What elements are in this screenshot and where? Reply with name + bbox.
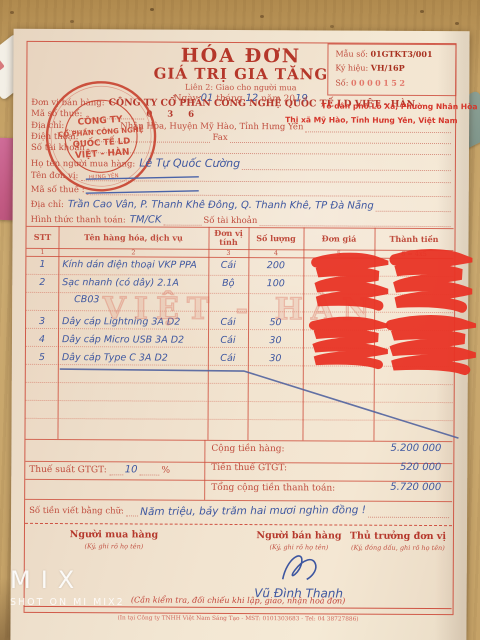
buyer-unit-label: Tên đơn vị: bbox=[31, 171, 79, 181]
form-number-value: 01GTKT3/001 bbox=[370, 49, 432, 59]
photo-scene: HÓA ĐƠN GIÁ TRỊ GIA TĂNG Liên 2: Giao ch… bbox=[0, 0, 480, 640]
item-name: Dây cáp Type C 3A D2 bbox=[62, 352, 168, 364]
buyer-name: Lê Tự Quốc Cường bbox=[139, 156, 240, 170]
dotted-leader bbox=[368, 514, 449, 518]
subtotal-label: Cộng tiền hàng: bbox=[211, 444, 284, 454]
redaction-scribble bbox=[380, 315, 476, 380]
table-header-price: Đơn giá bbox=[303, 227, 374, 249]
item-name: Sạc nhanh (có dây) 2.1A bbox=[62, 277, 179, 289]
director-sign-note: (Ký, đóng dấu, ghi rõ họ tên) bbox=[344, 544, 452, 553]
item-qty: 100 bbox=[248, 278, 303, 289]
director-sign-title: Thủ trưởng đơn vị bbox=[344, 531, 452, 543]
wood-speckles bbox=[150, 8, 154, 11]
tax-label: Tiền thuế GTGT: bbox=[211, 463, 287, 473]
form-number-label: Mẫu số: bbox=[335, 49, 368, 58]
tax-rate-label: Thuế suất GTGT: bbox=[29, 465, 107, 475]
column-number: 2 bbox=[58, 248, 208, 257]
tax-rate-row: Thuế suất GTGT: 10 % bbox=[29, 464, 199, 476]
payment-value: TM/CK bbox=[130, 214, 162, 225]
column-number: 3 bbox=[208, 249, 248, 257]
redaction-scribble bbox=[304, 316, 388, 372]
address-stamp-line-1: Tổ dân phố Lỗ Xá, Phường Nhân Hòa bbox=[321, 101, 477, 111]
invoice-paper: HÓA ĐƠN GIÁ TRỊ GIA TĂNG Liên 2: Giao ch… bbox=[10, 29, 469, 640]
item-name: Dây cáp Micro USB 3A D2 bbox=[62, 334, 184, 346]
buyer-name-row: Họ tên người mua hàng: Lê Tự Quốc Cường bbox=[31, 156, 453, 171]
table-header-amount: Thành tiền bbox=[374, 228, 453, 250]
buyer-sign-title: Người mua hàng bbox=[44, 529, 184, 541]
item-stt: 2 bbox=[26, 277, 58, 288]
camera-watermark-caption: SHOT ON MI MIX2 bbox=[10, 597, 125, 608]
item-stt: 5 bbox=[26, 352, 58, 363]
amount-words-value: Năm triệu, bảy trăm hai mươi nghìn đồng … bbox=[140, 504, 366, 518]
buyer-address-row: Địa chỉ: Trần Cao Vân, P. Thanh Khê Đông… bbox=[31, 199, 453, 212]
table-header-unit: Đơn vị tính bbox=[208, 227, 248, 249]
item-stt: 3 bbox=[26, 316, 58, 327]
table-header-stt: STT bbox=[26, 226, 58, 248]
address-stamp-line-2: Thị xã Mỹ Hào, Tỉnh Hưng Yên, Việt Nam bbox=[285, 115, 457, 125]
subtotal-value: 5.200 000 bbox=[341, 443, 441, 455]
item-qty: 200 bbox=[248, 260, 303, 271]
column-number: 1 bbox=[26, 248, 58, 256]
item-name: Kính dán điện thoại VKP PPA bbox=[62, 259, 196, 271]
item-unit: Cái bbox=[208, 335, 248, 346]
serial-value: VH/16P bbox=[371, 63, 405, 73]
meta-box: Mẫu số: 01GTKT3/001 Ký hiệu: VH/16P Số: … bbox=[327, 43, 456, 96]
fax-label: Fax bbox=[212, 133, 227, 143]
dotted-leader bbox=[305, 128, 451, 133]
form-number-row: Mẫu số: 01GTKT3/001 bbox=[335, 48, 432, 59]
buyer-sign-note: (Ký, ghi rõ họ tên) bbox=[44, 542, 184, 551]
buyer-address: Trần Cao Vân, P. Thanh Khê Đông, Q. Than… bbox=[68, 199, 374, 212]
item-unit: Bộ bbox=[208, 278, 248, 289]
payment-row: Hình thức thanh toán: TM/CK Số tài khoản bbox=[31, 214, 453, 227]
item-stt: 1 bbox=[26, 259, 58, 270]
grand-total-value: 5.720 000 bbox=[341, 482, 441, 494]
stamp-line-1: CÔNG TY bbox=[77, 113, 123, 128]
column-number: 4 bbox=[248, 249, 303, 257]
dotted-leader bbox=[376, 208, 451, 212]
buyer-address-label: Địa chỉ: bbox=[31, 200, 64, 210]
printer-info: (In tại Công ty TNHH Việt Nam Sáng Tạo -… bbox=[25, 615, 452, 623]
table-header-qty: Số lượng bbox=[248, 227, 303, 249]
tax-rate-value: 10 bbox=[125, 464, 138, 475]
buyer-name-label: Họ tên người mua hàng: bbox=[31, 159, 135, 170]
redaction-scribble bbox=[306, 252, 388, 314]
redaction-scribble bbox=[384, 249, 472, 317]
item-unit: Cái bbox=[208, 260, 248, 271]
payment-label: Hình thức thanh toán: bbox=[31, 215, 126, 225]
item-unit: Cái bbox=[208, 353, 248, 364]
amount-words-label: Số tiền viết bằng chữ: bbox=[29, 506, 124, 516]
item-qty: 30 bbox=[248, 335, 303, 346]
grand-total-label: Tổng cộng tiền thanh toán: bbox=[211, 483, 335, 494]
buyer-account-label: Số tài khoản bbox=[203, 216, 257, 226]
item-qty: 30 bbox=[248, 353, 303, 364]
invoice-number-row: Số: 0000152 bbox=[335, 77, 407, 87]
percent-sign: % bbox=[162, 466, 171, 476]
invoice-number-label: Số: bbox=[335, 78, 348, 87]
serial-label: Ký hiệu: bbox=[335, 63, 368, 72]
serial-row: Ký hiệu: VH/16P bbox=[335, 62, 404, 72]
tax-value: 520 000 bbox=[341, 462, 441, 474]
invoice-number-value: 0000152 bbox=[351, 78, 408, 88]
item-stt: 4 bbox=[26, 334, 58, 345]
buyer-tax-label: Mã số thuế : bbox=[31, 185, 85, 195]
table-header-name: Tên hàng hóa, dịch vụ bbox=[58, 226, 208, 249]
amount-words-row: Số tiền viết bằng chữ: Năm triệu, bảy tr… bbox=[29, 504, 451, 518]
camera-watermark-brand: MIX bbox=[10, 566, 84, 594]
